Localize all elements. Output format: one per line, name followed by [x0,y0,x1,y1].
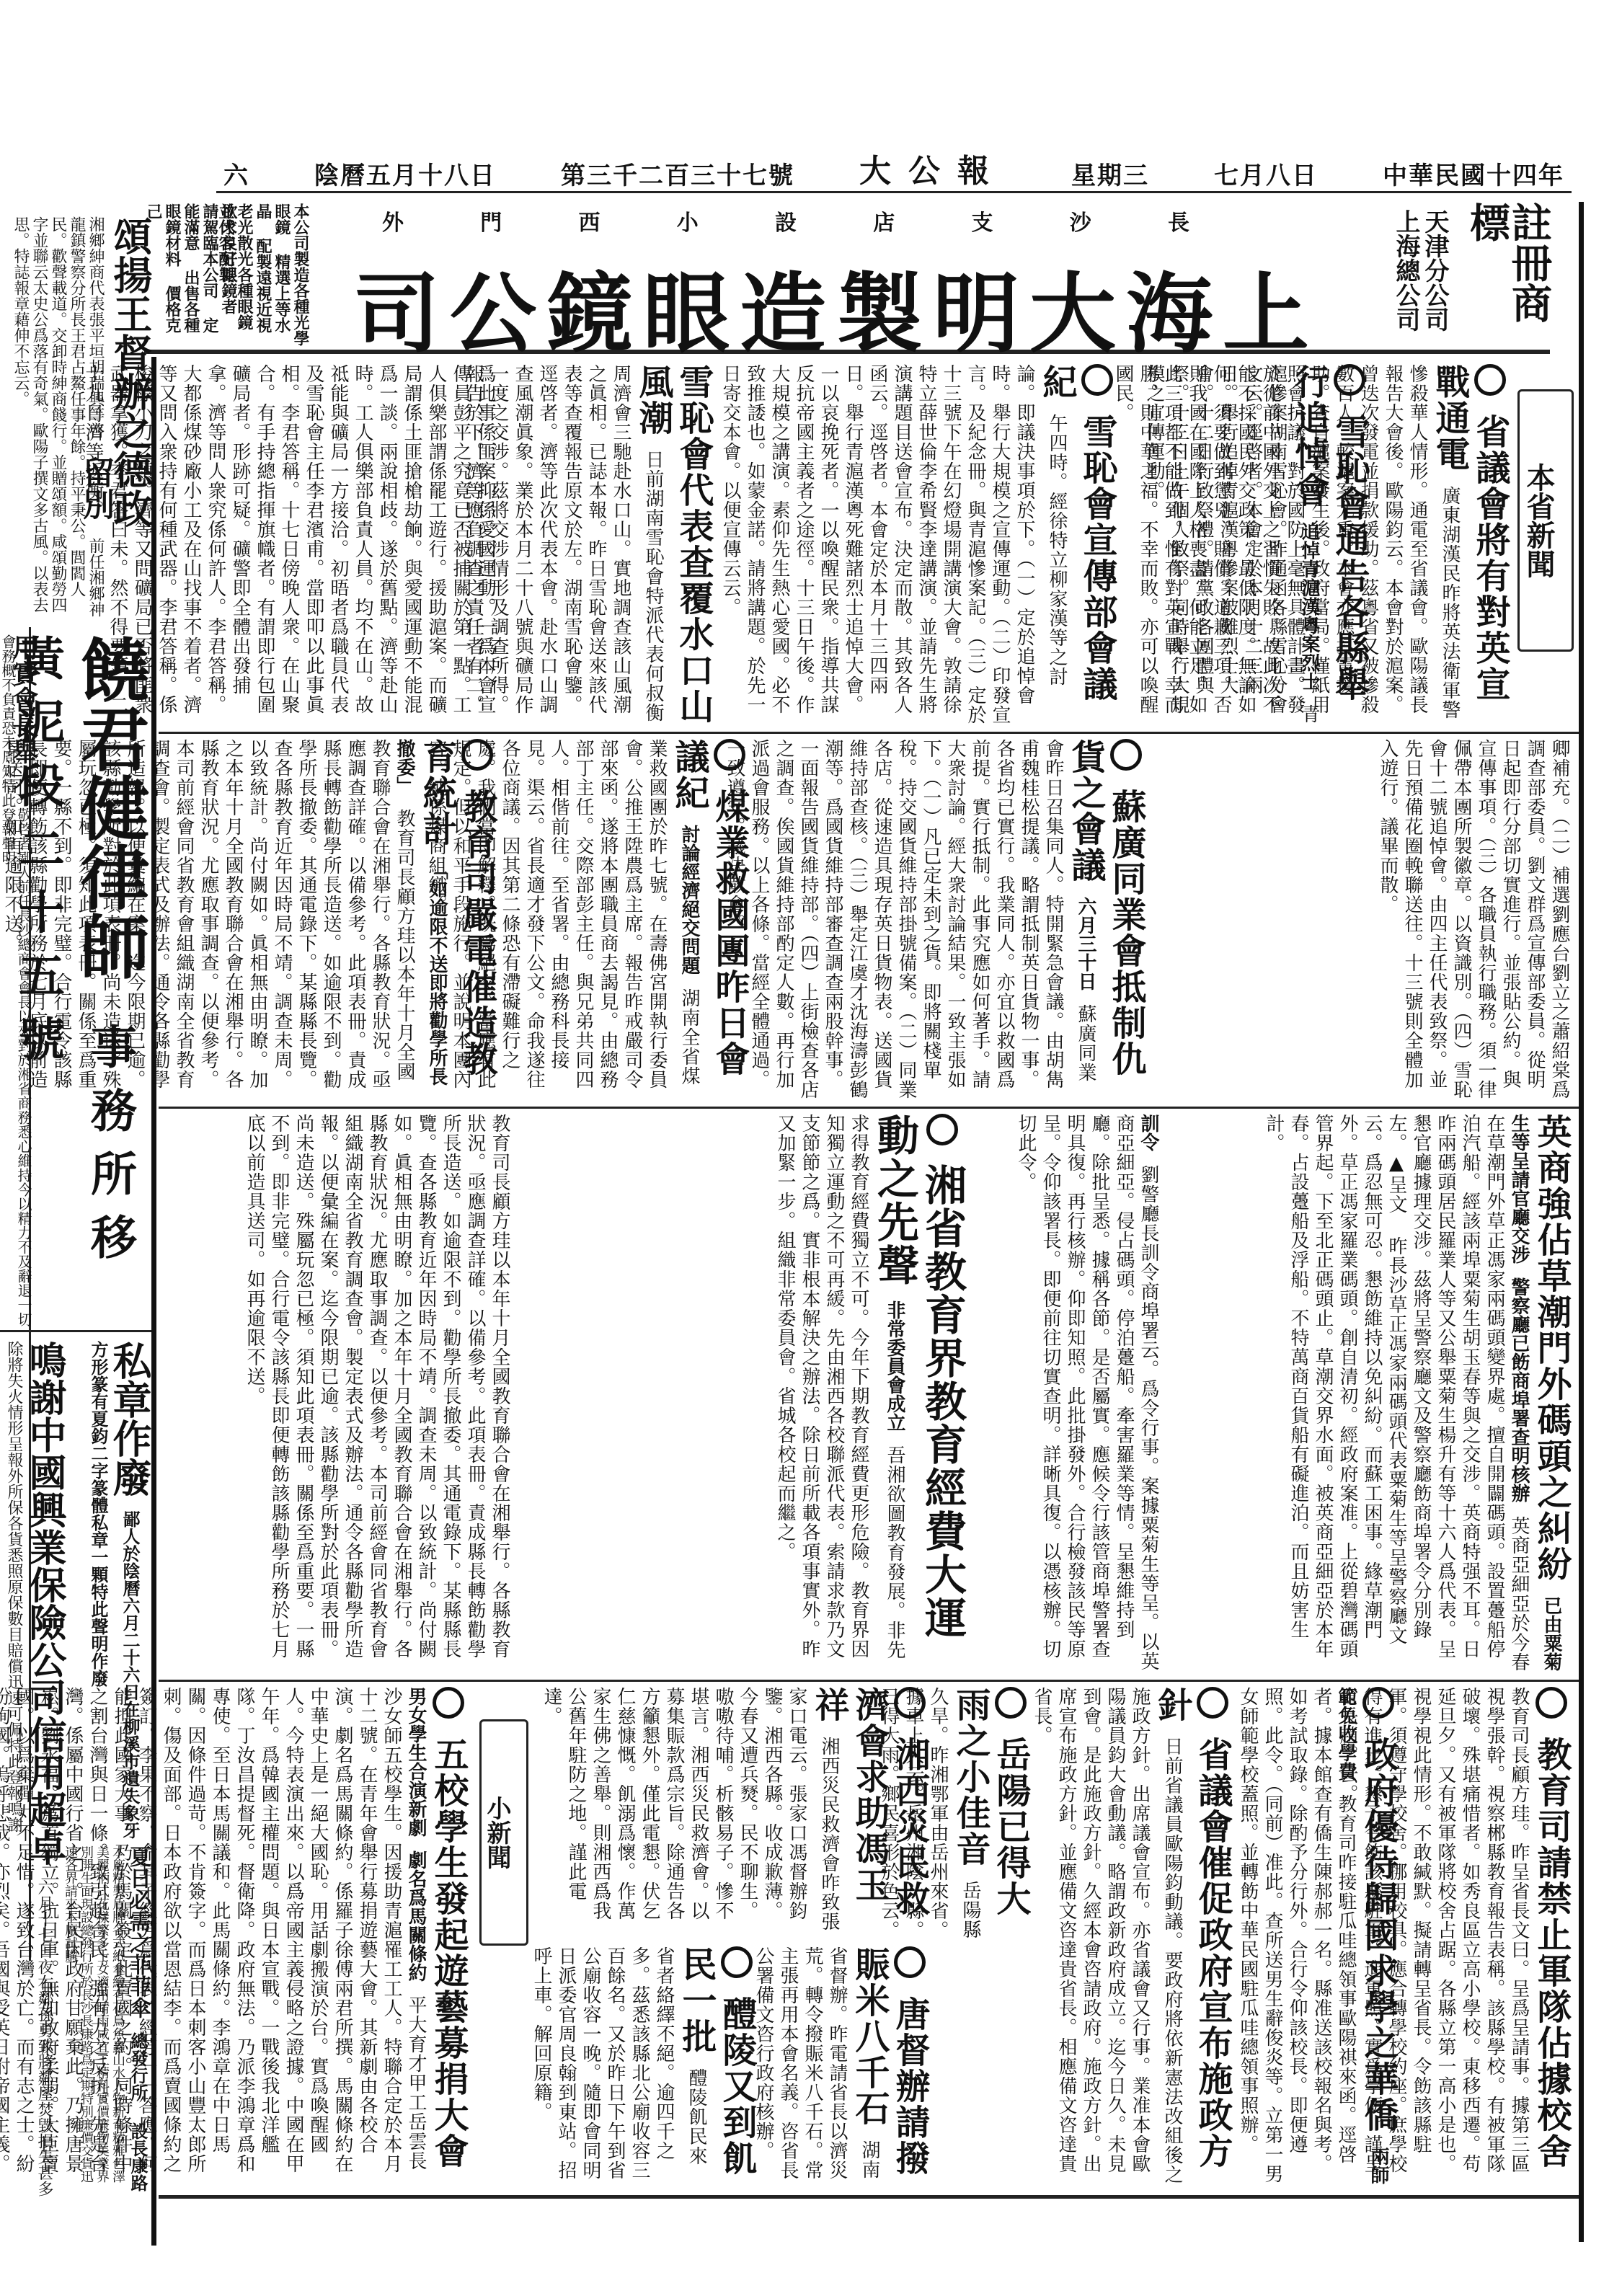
masthead-date: 七月八日 [1207,156,1325,191]
section-char: 新 [1522,520,1556,549]
ad-insurance: 鳴謝中國興業保險公司信用超卓 六月十七日夜右鄰孫勇致將鄰屋焚毀損失甚多除將失火情… [0,1341,65,2206]
section-char: 新 [482,1820,511,1845]
article-british-wharf: 英商強佔草潮門外碼頭之糾紛 已由粟菊生等呈請官廳交涉 警察廳已飭商埠署查明核辦 … [1168,1114,1572,1672]
banner-advertisement: 註冊商標 天津分公司 上海總公司 長 沙 支 店 設 小 西 門 外 上海大明製… [144,202,1550,354]
masthead: 中華民國十四年 七月八日 星期三 大公報 第三千二百三十七號 陰曆五月十八日 六 [216,162,1572,193]
article-body: 日前省議員歐陽鈞動議。要政府將依新憲法改組後之施政方針。出席議會宣布。亦省議會又… [1031,1687,1183,2184]
article-propaganda-meeting: 雪恥會宣傳部會議紀 午四時。經徐特立柳家漢等之討論。即議決事項於下。（一）定於追… [721,364,1117,724]
bullet-circle-icon [995,1687,1027,1719]
headline: 五校學生發起遊藝募捐大會 [428,1737,469,2169]
bullet-circle-icon [1362,1687,1394,1719]
bullet-circle-icon [433,1687,464,1719]
bullet-circle-icon [926,1114,958,1145]
bullet-circle-icon [1081,364,1113,396]
section-label-small-news: 小新聞 [479,1719,528,1946]
article-five-schools: 五校學生發起遊藝募捐大會 男女學生合演新劇 劇名爲馬關條約 平大育才甲工岳雲長沙… [166,1687,469,2188]
article-liling-famine: 醴陵又到飢民一批 醴陵飢民來省者絡繹不絕。逾四千之多。茲悉該縣北公廟收容三百餘名… [533,1946,757,2184]
section-char: 本 [1522,463,1556,492]
banner-agency-line: 長 沙 支 店 設 小 西 門 外 [382,205,1189,236]
ad-signers: 湘鄉紳商代表張平垣胡瑞興等啓 [87,216,105,438]
agency-char: 西 [579,205,601,236]
subhead: 追悼青滬漢粵案烈士 [1298,522,1320,691]
bullet-circle-icon [1110,739,1142,771]
page-border-right [1579,202,1584,2242]
article-body: 湘西災民救濟會昨致張家口電云。張家口馮督辦鈞鑒。湘西各縣。收成歉薄。今春又遭兵燹… [541,1687,840,1931]
article-provincial-party: 卿補充。（二）補選劉應台劉立之蕭紹棠爲調查部委員。劉文群爲宣傳部委員。從明日起即… [1153,739,1572,1099]
banner-copy-2: 欲求良好眼鏡者 請駕臨本公司 定能滿意 出售各種眼鏡材料 價格克己 [144,203,238,347]
article-mine-inquiry: 爲此事係匪案抑係愛國運動。一爲本會宣傳員彭平之究竟已否被捕關於第一點。工人俱樂部… [166,364,497,724]
article-body: 劉警廳長訓令商埠署云。爲令行事。案據粟菊生等呈。以英商亞細亞。侵占碼頭。停泊躉船… [1015,1114,1159,1671]
article-overseas-students: 政府優待歸國求學之華僑 兩師範免收學費 教育司昨接駐瓜哇總領事歐陽祺來函。逕啓者… [1240,1687,1399,2188]
agency-char: 支 [972,205,993,236]
agency-char: 店 [873,205,895,236]
section-char: 省 [1522,492,1556,520]
subhead: 討論經濟絕交問題 [678,825,700,975]
ad-lawyer: 饒君健律師 事務所移黃泥段二十五號 [37,634,153,1326]
article-xiangxi-relief: 湘西災民救濟會求助馮玉祥 湘西災民救濟會昨致張家口電云。張家口馮督辦鈞鑒。湘西各… [692,1687,930,1932]
masthead-paper-name: 大公報 [852,145,1014,191]
agency-char: 外 [382,205,404,236]
subhead: 警察廳已飭商埠署查明核辦 [1508,1277,1530,1502]
article-body: 教育司長顧方珪以本年十月全國教育聯合會在湘舉行。各縣教育狀況。亟應調查詳確。以備… [244,1114,510,1659]
bullet-circle-icon [894,1946,926,1978]
ad-farewell-headline: 頌揚王督辦之德政 [108,216,151,627]
headline: 英商強佔草潮門外碼頭之糾紛 [1531,1114,1572,1582]
article-ban-military: 教育司請禁止軍隊佔據校舍 教育司長顧方珪。昨呈省長文曰。呈爲呈請事。據第三區視學… [1406,1687,1572,2188]
article-education-stats: 教育司嚴電催造教育統計 「如逾限不送即將勸學所長撤委」 教育司長顧方珪以本年十月… [166,739,497,1099]
banner-branches: 天津分公司 上海總公司 [1391,209,1449,346]
ad-notice-top: 用實會長舉人 敬啓者鄙人前任長沙總商會會長以來對於湘省商務悉心維持今以精力不及辭… [0,634,32,1326]
section-char: 小 [482,1796,511,1820]
article-memorial: 雪恥會通告各縣舉行追悼會 追悼青滬漢粵案烈士 青滬慘案湖南雪恥會。昨通函各縣雪恥… [1125,364,1370,724]
ad-umbrella: 夏日必需之菲菲傘 總發行所 設長康路 本廠精製盾牌各式紙傘繪有花鳥魚蟲山水人物新… [69,1845,150,2191]
bullet-circle-icon [894,1687,926,1719]
bullet-circle-icon [721,1946,753,1978]
date-line: 六月三十日 [1075,897,1096,990]
article-shuikoushan: 雪恥會代表查覆水口山風潮 日前湖南雪恥會特派代表何叔衡周濟會三馳赴水口山。實地調… [505,364,714,724]
masthead-year: 中華民國十四年 [1375,156,1572,191]
article-assembly-policy: 省議會催促政府宣布施政方針 日前省議員歐陽鈞動議。要政府將依新憲法改組後之施政方… [1038,1687,1233,2188]
subhead: 男女學生合演新劇 [405,1687,427,1837]
article-tang-relief: 唐督辦請撥賑米八千石 湖南省督辦。昨電請省長以濟災荒。轉令撥賑米八千石。常主張再… [764,1946,930,2184]
section-char: 聞 [482,1845,511,1869]
article-boycott: 蘇廣同業會抵制仇貨之會議 六月三十日 蘇廣同業會昨日召集同人。特開緊急會議。由胡… [757,739,1146,1099]
article-body: 卿補充。（二）補選劉應台劉立之蕭紹棠爲調查部委員。劉文群爲宣傳部委員。從明日起即… [1377,739,1570,1099]
bullet-circle-icon [714,739,745,771]
umbrella-title: 夏日必需之菲菲傘 [125,1845,151,2018]
subhead: 劇名爲馬關條約 [405,1850,427,1982]
agency-char: 小 [677,205,699,236]
bullet-circle-icon [461,739,493,771]
agency-char: 設 [775,205,797,236]
masthead-issue: 第三千二百三十七號 [554,156,802,191]
ad-farewell-body: 湘鄉紳商代表張平垣胡瑞興等啓 留別 前任湘鄉神龍鎮警察分所長王君占鰲任事年餘。持… [32,216,105,627]
bullet-circle-icon [1197,1687,1228,1719]
divider [159,1680,1579,1682]
banner-registered-mark: 註冊商標 [1466,202,1550,346]
section-label-local-news: 本省新聞 [1517,389,1574,652]
article-coal-industry: 煤業救國團昨日會議紀 討論經濟絕交問題 湖南全省煤業救國團於昨七號。在壽佛宮開執… [505,739,750,1099]
article-education-stats-cont: 教育司長顧方珪以本年十月全國教育聯合會在湘舉行。各縣教育狀況。亟應調查詳確。以備… [166,1114,512,1672]
article-police-order: 訓令 劉警廳長訓令商埠署云。爲令行事。案據粟菊生等呈。以英商亞細亞。侵占碼頭。停… [973,1114,1161,1672]
divider [159,732,1579,734]
article-body: 英商亞細亞於今春在草潮門外草正馮家兩碼頭變界處。擅自開闢碼頭。設置躉船停泊汽船。… [1263,1114,1530,1672]
bullet-circle-icon [1535,1687,1567,1719]
divider [159,1107,1579,1109]
umbrella-shop: 總發行所 設長康路 [128,2032,149,2191]
masthead-page-number: 六 [216,156,257,191]
insurance-title: 鳴謝中國興業保險公司信用超卓 [22,1341,66,1866]
divider [159,2195,1579,2199]
umbrella-body: 本廠精製盾牌各式紙傘繪有花鳥魚蟲山水人物新奇精雅色澤美麗柄式花樣繁多士女適用晴雨… [63,1845,125,2183]
headline: 政府優待歸國求學之華僑 [1358,1737,1399,2133]
article-assembly-war: 省議會將有對英宣戰通電 廣東湖漢民昨將英法衛軍警慘殺華人情形。通電至省議會。歐陽… [1373,364,1510,724]
article-education-funds: 湘省教育界教育經費大運動之先聲 非常委員會成立 吾湘欲圖教育發展。非先求得教育經… [519,1114,966,1672]
lawyer-name: 饒君健律師 [69,634,151,980]
subhead: 非常委員會成立 [884,1300,905,1432]
headline: 教育司請禁止軍隊佔據校舍 [1531,1737,1572,2169]
banner-company-name: 上海大明製造眼鏡公司 [353,245,1319,369]
bullet-circle-icon [1334,364,1365,396]
article-body: 蘇廣同業會昨日召集同人。特開緊急會議。由胡雋甫魏桂松提議。略謂抵制英日貨物一事。… [724,739,1096,1099]
section-char: 聞 [1522,549,1556,578]
masthead-lunar-date: 陰曆五月十八日 [307,156,503,191]
subhead: 訓令 [1138,1114,1159,1151]
bullet-circle-icon [1474,364,1506,396]
article-yueyang-rain: 岳陽已得大雨之小佳音 岳陽縣久旱。昨湘鄂軍由岳州來省。據車上人云。岳州湘陰一縣。… [937,1687,1031,1946]
agency-char: 長 [1168,205,1189,236]
agency-char: 門 [480,205,502,236]
masthead-weekday: 星期三 [1064,156,1156,191]
agency-char: 沙 [1070,205,1091,236]
article-body: 午四時。經徐特立柳家漢等之討論。即議決事項於下。（一）定於追悼會時。舉行大規模之… [719,364,1068,724]
